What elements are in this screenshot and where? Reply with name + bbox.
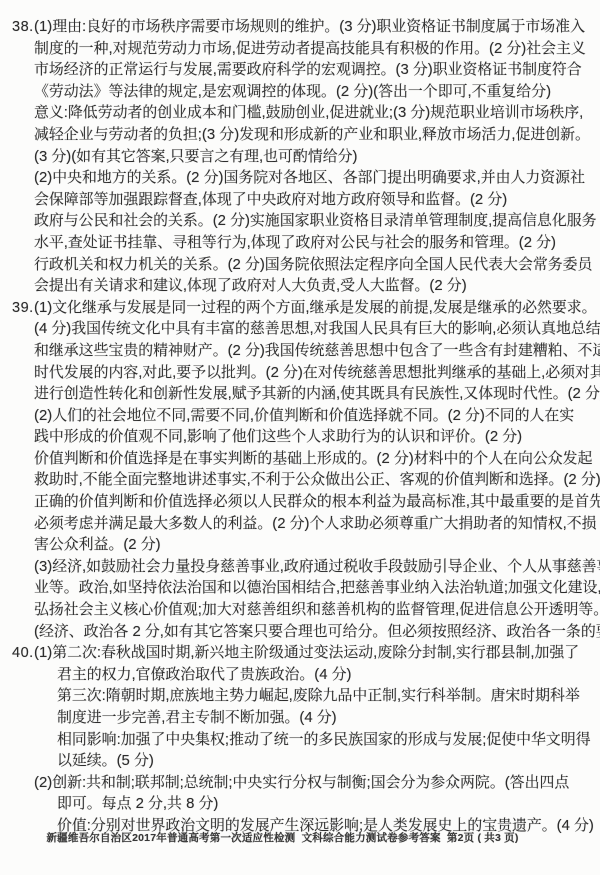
answer-line: 会保障部等加强跟踪督查,体现了中央政府对地方政府领导和监督。(2 分): [34, 190, 600, 212]
answer-line: 践中形成的价值观不同,影响了他们这些个人求助行为的认识和评价。(2 分): [34, 427, 600, 449]
answer-line: 市场经济的正常运行与发展,需要政府科学的宏观调控。(3 分)职业资格证书制度符合: [34, 60, 600, 82]
answer-line: 减轻企业与劳动者的负担;(3 分)发现和形成新的产业和职业,释放市场活力,促进创…: [34, 125, 600, 147]
answer-item-40: 40.(1)第二次:春秋战国时期,新兴地主阶级通过变法运动,废除分封制,实行郡县…: [0, 643, 600, 837]
answer-line: (3 分)(如有其它答案,只要言之有理,也可酌情给分): [34, 147, 600, 169]
answer-line: 价值判断和价值选择是在事实判断的基础上形成的。(2 分)材料中的个人在向公众发起: [34, 449, 600, 471]
answer-item-38: 38.(1)理由:良好的市场秩序需要市场规则的维护。(3 分)职业资格证书制度属…: [0, 17, 600, 298]
answer-line: (经济、政治各 2 分,如有其它答案只要合理也可给分。但必须按照经济、政治各一条…: [34, 622, 600, 644]
answer-line: 害公众利益。(2 分): [34, 535, 600, 557]
answer-line: 第三次:隋朝时期,庶族地主势力崛起,废除九品中正制,实行科举制。唐宋时期科举: [57, 686, 600, 708]
answer-line: 行政机关和权力机关的关系。(2 分)国务院依照法定程序向全国人民代表大会常务委员: [34, 255, 600, 277]
answer-line: (1)文化继承与发展是同一过程的两个方面,继承是发展的前提,发展是继承的必然要求…: [34, 298, 600, 320]
answer-line: (3)经济,如鼓励社会力量投身慈善事业,政府通过税收手段鼓励引导企业、个人从事慈…: [34, 557, 600, 579]
answer-list: 38.(1)理由:良好的市场秩序需要市场规则的维护。(3 分)职业资格证书制度属…: [0, 17, 600, 838]
footer-text: 新疆维吾尔自治区2017年普通高考第一次适应性检测 文科综合能力测试卷参考答案 …: [46, 832, 518, 844]
item-number: 39.: [12, 298, 34, 320]
answer-line: 救助时,不能全面完整地讲述事实,不利于公众做出公正、客观的价值判断和选择。(2 …: [34, 470, 600, 492]
answer-line: 弘扬社会主义核心价值观;加大对慈善组织和慈善机构的监督管理,促进信息公开透明等。: [34, 600, 600, 622]
answer-line: 制度进一步完善,君主专制不断加强。(4 分): [57, 708, 600, 730]
answer-line: 和继承这些宝贵的精神财产。(2 分)我国传统慈善思想中包含了一些含有封建糟粕、不…: [34, 341, 600, 363]
answer-line: (4 分)我国传统文化中具有丰富的慈善思想,对我国人民具有巨大的影响,必须认真地…: [34, 319, 600, 341]
page-footer: 新疆维吾尔自治区2017年普通高考第一次适应性检测 文科综合能力测试卷参考答案 …: [34, 818, 519, 857]
answer-line: 水平,查处证书挂靠、寻租等行为,体现了政府对公民与社会的服务和管理。(2 分): [34, 233, 600, 255]
answer-line: 业等。政治,如坚持依法治国和以德治国相结合,把慈善事业纳入法治轨道;加强文化建设…: [34, 578, 600, 600]
answer-line: (2)中央和地方的关系。(2 分)国务院对各地区、各部门提出明确要求,并由人力资…: [34, 168, 600, 190]
item-number: 38.: [12, 17, 34, 39]
answer-line: 相同影响:加强了中央集权;推动了统一的多民族国家的形成与发展;促使中华文明得: [57, 730, 600, 752]
scanned-answer-page: 38.(1)理由:良好的市场秩序需要市场规则的维护。(3 分)职业资格证书制度属…: [0, 0, 600, 875]
answer-line: 《劳动法》等法律的规定,是宏观调控的体现。(2 分)(答出一个即可,不重复给分): [34, 82, 600, 104]
answer-line: (2)创新:共和制;联邦制;总统制;中央实行分权与制衡;国会分为参众两院。(答出…: [34, 773, 600, 795]
answer-line: 意义:降低劳动者的创业成本和门槛,鼓励创业,促进就业;(3 分)规范职业培训市场…: [34, 103, 600, 125]
answer-line: 政府与公民和社会的关系。(2 分)实施国家职业资格目录清单管理制度,提高信息化服…: [34, 211, 600, 233]
answer-line: 制度的一种,对规范劳动力市场,促进劳动者提高技能具有积极的作用。(2 分)社会主…: [34, 39, 600, 61]
item-number: 40.: [12, 643, 34, 665]
answer-line: (2)人们的社会地位不同,需要不同,价值判断和价值选择就不同。(2 分)不同的人…: [34, 406, 600, 428]
answer-line: 进行创造性转化和创新性发展,赋予其新的内涵,使其既具有民族性,又体现时代性。(2…: [34, 384, 600, 406]
answer-line: 会提出有关请求和建议,体现了政府对人大负责,受人大监督。(2 分): [34, 276, 600, 298]
answer-line: 即可。每点 2 分,共 8 分): [57, 794, 600, 816]
answer-item-39: 39.(1)文化继承与发展是同一过程的两个方面,继承是发展的前提,发展是继承的必…: [0, 298, 600, 644]
answer-line: (1)第二次:春秋战国时期,新兴地主阶级通过变法运动,废除分封制,实行郡县制,加…: [34, 643, 600, 665]
answer-line: 以延续。(5 分): [57, 751, 600, 773]
answer-line: 君主的权力,官僚政治取代了贵族政治。(4 分): [57, 665, 600, 687]
answer-line: 时代发展的内容,对此,要予以批判。(2 分)在对传统慈善思想批判继承的基础上,必…: [34, 363, 600, 385]
answer-line: (1)理由:良好的市场秩序需要市场规则的维护。(3 分)职业资格证书制度属于市场…: [34, 17, 600, 39]
answer-line: 正确的价值判断和价值选择必须以人民群众的根本利益为最高标准,其中最重要的是首先: [34, 492, 600, 514]
answer-line: 必须考虑并满足最大多数人的利益。(2 分)个人求助必须尊重广大捐助者的知情权,不…: [34, 514, 600, 536]
